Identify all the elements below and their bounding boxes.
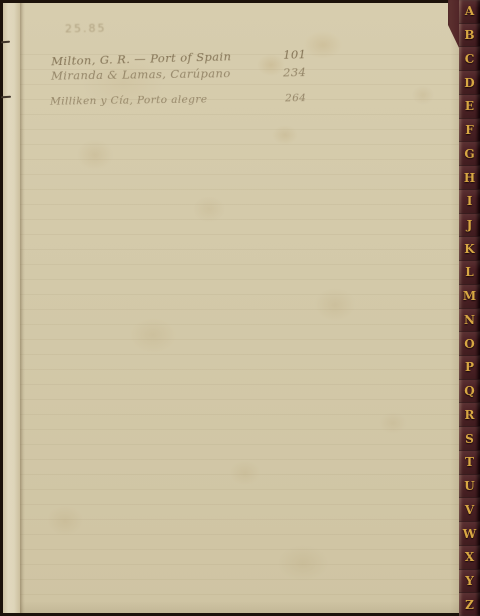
tab-letter-h[interactable]: H xyxy=(459,166,480,190)
tab-letter-y[interactable]: Y xyxy=(459,570,480,594)
entry-name: Miranda & Lamas, Carúpano xyxy=(51,66,231,83)
tab-letter-w[interactable]: W xyxy=(459,522,480,546)
alphabet-tab-strip: ABCDEFGHIJKLMNOPQRSTUVWXYZ xyxy=(459,0,480,616)
tab-letter-q[interactable]: Q xyxy=(459,380,480,404)
tab-letter-o[interactable]: O xyxy=(459,332,480,356)
tab-letter-m[interactable]: M xyxy=(459,285,480,309)
tab-letter-g[interactable]: G xyxy=(459,142,480,166)
tab-letter-j[interactable]: J xyxy=(459,214,480,238)
tab-letter-v[interactable]: V xyxy=(459,498,480,522)
tab-letter-i[interactable]: I xyxy=(459,190,480,214)
ledger-scan: 25.85 Milton, G. R. — Port of Spain 101 … xyxy=(0,0,480,616)
tab-letter-s[interactable]: S xyxy=(459,427,480,451)
tab-letter-n[interactable]: N xyxy=(459,309,480,333)
tab-letter-c[interactable]: C xyxy=(459,47,480,71)
tab-letter-t[interactable]: T xyxy=(459,451,480,475)
tab-letter-l[interactable]: L xyxy=(459,261,480,285)
tab-letter-k[interactable]: K xyxy=(459,237,480,261)
pencil-note: 25.85 xyxy=(65,22,107,36)
tab-letter-u[interactable]: U xyxy=(459,475,480,499)
entry-page-number: 264 xyxy=(285,92,306,104)
entry-page-number: 101 xyxy=(283,47,307,62)
tab-letter-p[interactable]: P xyxy=(459,356,480,380)
tab-letter-e[interactable]: E xyxy=(459,95,480,119)
tab-letter-b[interactable]: B xyxy=(459,24,480,48)
page-crease xyxy=(20,3,25,613)
tab-letter-x[interactable]: X xyxy=(459,546,480,570)
previous-page-edge xyxy=(3,3,20,613)
tab-letter-r[interactable]: R xyxy=(459,403,480,427)
tab-letter-z[interactable]: Z xyxy=(459,593,480,616)
entry-page-number: 234 xyxy=(283,65,306,79)
ledger-page: 25.85 Milton, G. R. — Port of Spain 101 … xyxy=(3,3,460,613)
tab-letter-f[interactable]: F xyxy=(459,119,480,143)
tab-letter-a[interactable]: A xyxy=(459,0,480,24)
tab-letter-d[interactable]: D xyxy=(459,71,480,95)
entry-name: Milliken y Cía, Porto alegre xyxy=(50,93,207,107)
